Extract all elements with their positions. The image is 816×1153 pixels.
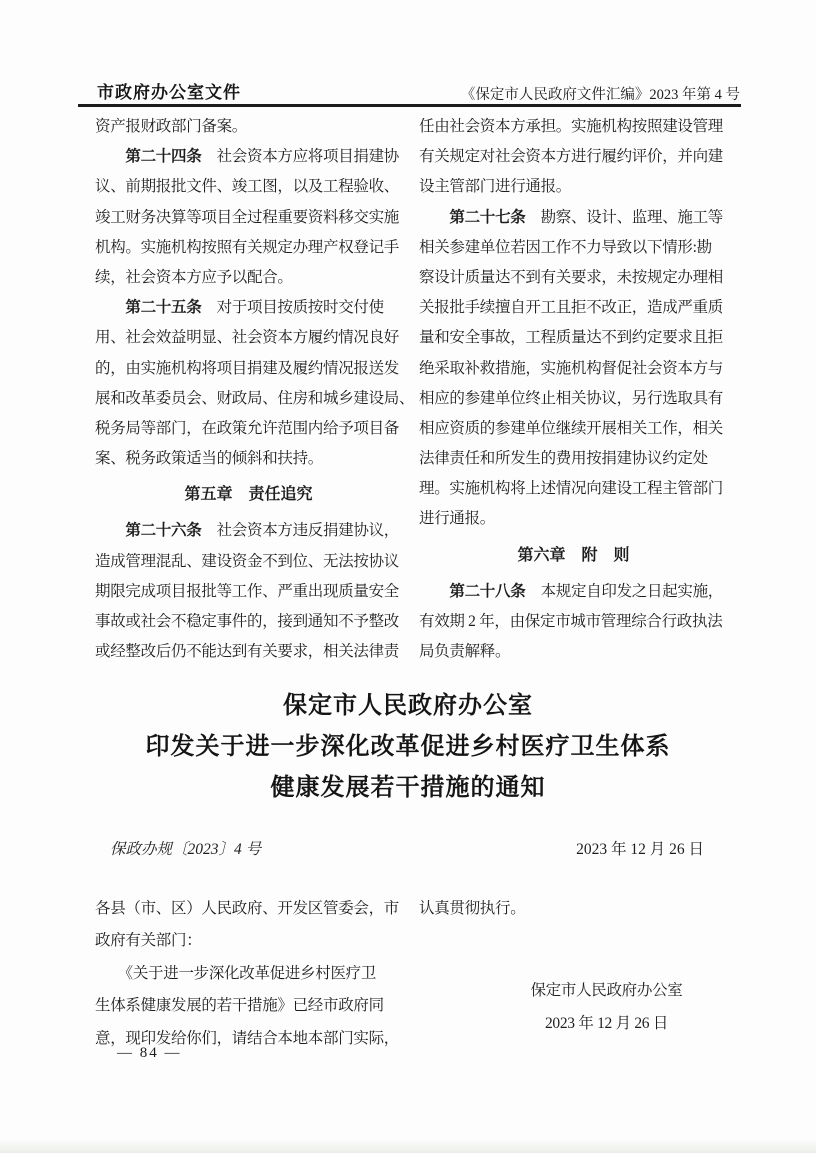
text-line: 第二十五条 对于项目按质按时交付使 [95,293,402,323]
text-line: 造成管理混乱、建设资金不到位、无法按协议 [95,547,402,577]
text-line: 理。实施机构将上述情况向建设工程主管部门 [419,474,728,504]
text-line: 第二十四条 社会资本方应将项目捐建协 [95,142,402,172]
text-line: 事故或社会不稳定事件的，接到通知不予整改 [95,607,402,637]
addressee-line: 政府有关部门： [95,925,402,957]
notice-title: 保定市人民政府办公室 印发关于进一步深化改革促进乡村医疗卫生体系 健康发展若干措… [0,686,816,809]
text-line: 议、前期报批文件、竣工图，以及工程验收、 [95,172,402,202]
text-line: 资产报财政部门备案。 [95,112,402,142]
article-28-label: 第二十八条 [419,583,525,600]
text-line: 期限完成项目报批等工作、严重出现质量安全 [95,577,402,607]
article-27-text: 勘察、设计、监理、施工等 [525,209,723,226]
notice-title-line-3: 健康发展若干措施的通知 [0,768,816,809]
article-27-label: 第二十七条 [419,209,525,226]
text-line: 有关规定对社会资本方进行履约评价，并向建 [419,142,728,172]
text-line: 《关于进一步深化改革促进乡村医疗卫 [95,958,402,990]
text-line: 设主管部门进行通报。 [419,172,728,202]
text-line: 续，社会资本方应予以配合。 [95,263,402,293]
regulation-left-column: 资产报财政部门备案。 第二十四条 社会资本方应将项目捐建协 议、前期报批文件、竣… [95,112,402,667]
text-line: 任由社会资本方承担。实施机构按照建设管理 [419,112,728,142]
text-line: 关报批手续擅自开工且拒不改正，造成严重质 [419,293,728,323]
text-line: 绝采取补救措施，实施机构督促社会资本方与 [419,354,728,384]
document-date: 2023 年 12 月 26 日 [576,837,704,859]
signature-block: 保定市人民政府办公室 2023 年 12 月 26 日 [419,975,728,1040]
page-number: — 84 — [117,1045,182,1062]
text-line: 机构。实施机构按照有关规定办理产权登记手 [95,233,402,263]
text-line: 第二十七条 勘察、设计、监理、施工等 [419,203,728,233]
text-line: 局负责解释。 [419,637,728,667]
text-line: 察设计质量达不到有关要求，未按规定办理相 [419,263,728,293]
document-number: 保政办规〔2023〕4 号 [110,837,261,859]
text-line: 第二十八条 本规定自印发之日起实施， [419,577,728,607]
text-line: 法律责任和所发生的费用按捐建协议约定处 [419,444,728,474]
text-line: 竣工财务决算等项目全过程重要资料移交实施 [95,203,402,233]
text-line: 税务局等部门，在政策允许范围内给予项目备 [95,414,402,444]
text-line: 进行通报。 [419,504,728,534]
notice-left-column: 各县（市、区）人民政府、开发区管委会，市 政府有关部门： 《关于进一步深化改革促… [95,893,402,1055]
signature-org: 保定市人民政府办公室 [485,975,728,1007]
article-24-text: 社会资本方应将项目捐建协 [201,148,399,165]
notice-right-column: 认真贯彻执行。 保定市人民政府办公室 2023 年 12 月 26 日 [419,893,728,1040]
text-line: 展和改革委员会、财政局、住房和城乡建设局、 [95,384,402,414]
header-document-category: 市政府办公室文件 [97,78,241,103]
text-line: 有效期 2 年，由保定市城市管理综合行政执法 [419,607,728,637]
text-line: 的，由实施机构将项目捐建及履约情况报送发 [95,354,402,384]
article-24-label: 第二十四条 [95,148,201,165]
notice-title-line-1: 保定市人民政府办公室 [0,686,816,727]
chapter-6-heading: 第六章 附 则 [419,541,728,571]
header-rule [78,104,741,107]
text-line: 相应的参建单位终止相关协议，另行选取具有 [419,384,728,414]
article-25-label: 第二十五条 [95,299,201,316]
text-line: 相应资质的参建单位继续开展相关工作，相关 [419,414,728,444]
text-line: 用、社会效益明显、社会资本方履约情况良好 [95,323,402,353]
text-line: 量和安全事故，工程质量达不到约定要求且拒 [419,323,728,353]
text-line: 或经整改后仍不能达到有关要求，相关法律责 [95,637,402,667]
text-line: 第二十六条 社会资本方违反捐建协议， [95,516,402,546]
text-line: 相关参建单位若因工作不力导致以下情形:勘 [419,233,728,263]
header-compilation-source: 《保定市人民政府文件汇编》2023 年第 4 号 [461,83,740,104]
notice-title-line-2: 印发关于进一步深化改革促进乡村医疗卫生体系 [0,727,816,768]
article-26-text: 社会资本方违反捐建协议， [201,522,399,539]
addressee-line: 各县（市、区）人民政府、开发区管委会，市 [95,893,402,925]
article-25-text: 对于项目按质按时交付使 [201,299,383,316]
text-line: 生体系健康发展的若干措施》已经市政府同 [95,990,402,1022]
text-line: 案、税务政策适当的倾斜和扶持。 [95,444,402,474]
article-28-text: 本规定自印发之日起实施， [525,583,723,600]
signature-date: 2023 年 12 月 26 日 [485,1008,728,1040]
article-26-label: 第二十六条 [95,522,201,539]
document-page: 市政府办公室文件 《保定市人民政府文件汇编》2023 年第 4 号 资产报财政部… [0,0,816,1153]
regulation-right-column: 任由社会资本方承担。实施机构按照建设管理 有关规定对社会资本方进行履约评价，并向… [419,112,728,667]
text-line: 认真贯彻执行。 [419,893,728,925]
chapter-5-heading: 第五章 责任追究 [95,480,402,510]
